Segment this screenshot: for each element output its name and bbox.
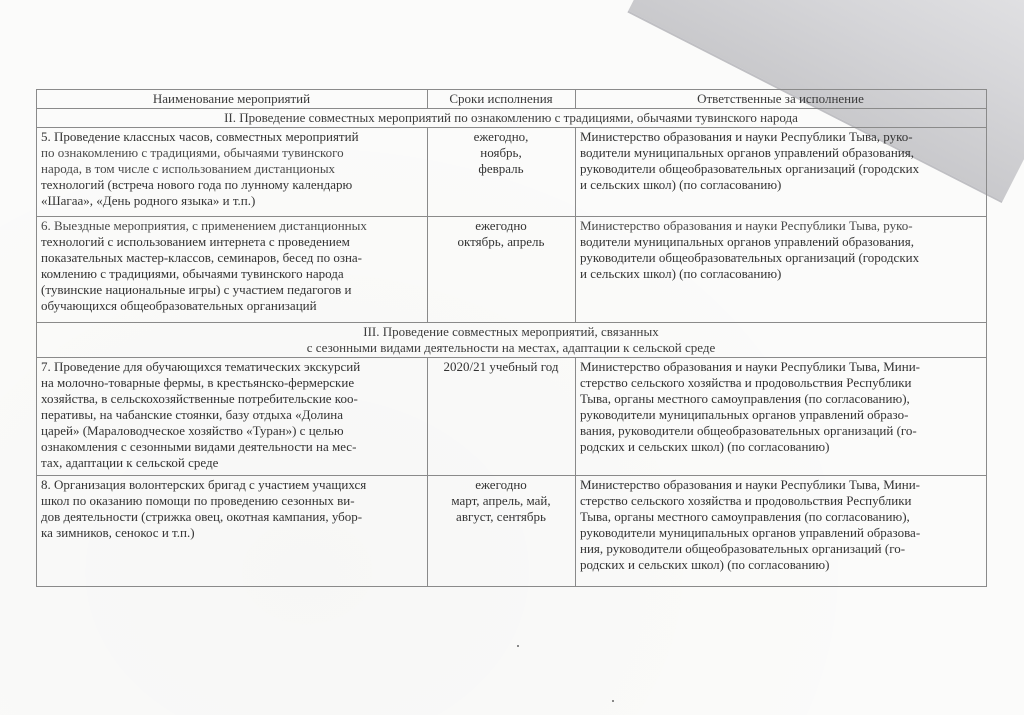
table-row: 7. Проведение для обучающихся тематическ… <box>37 358 987 476</box>
section-row-iii: III. Проведение совместных мероприятий, … <box>37 323 987 358</box>
header-deadline: Сроки исполнения <box>428 90 576 109</box>
text-line: обучающихся общеобразовательных организа… <box>41 298 422 314</box>
text-line: хозяйства, в сельскохозяйственные потреб… <box>41 391 422 407</box>
text-line: тах, адаптации к сельской среде <box>41 455 422 471</box>
event-name-cell: 5. Проведение классных часов, совместных… <box>37 128 428 217</box>
text-line: вания, руководители общеобразовательных … <box>580 423 981 439</box>
text-line: ежегодно <box>432 218 570 234</box>
text-line: и сельских школ) (по согласованию) <box>580 266 981 282</box>
text-line: март, апрель, май, <box>432 493 570 509</box>
deadline-cell: ежегодно, ноябрь, февраль <box>428 128 576 217</box>
text-line: 7. Проведение для обучающихся тематическ… <box>41 359 422 375</box>
text-line: руководители муниципальных органов управ… <box>580 407 981 423</box>
text-line: Министерство образования и науки Республ… <box>580 129 981 145</box>
text-line: народа, в том числе с использованием дис… <box>41 161 422 177</box>
text-line: октябрь, апрель <box>432 234 570 250</box>
text-line: ноябрь, <box>432 145 570 161</box>
text-line: 8. Организация волонтерских бригад с уча… <box>41 477 422 493</box>
text-line: царей» (Мараловодческое хозяйство «Туран… <box>41 423 422 439</box>
text-line: перативы, на чабанские стоянки, базу отд… <box>41 407 422 423</box>
text-line: водители муниципальных органов управлени… <box>580 234 981 250</box>
section-title-ii: II. Проведение совместных мероприятий по… <box>37 109 987 128</box>
event-name-cell: 6. Выездные мероприятия, с применением д… <box>37 217 428 323</box>
text-line: (тувинские национальные игры) с участием… <box>41 282 422 298</box>
section-title-iii: III. Проведение совместных мероприятий, … <box>37 323 987 358</box>
text-line: технологий (встреча нового года по лунно… <box>41 177 422 193</box>
event-name-cell: 8. Организация волонтерских бригад с уча… <box>37 476 428 587</box>
text-line: 6. Выездные мероприятия, с применением д… <box>41 218 422 234</box>
header-responsible: Ответственные за исполнение <box>576 90 987 109</box>
text-line: родских и сельских школ) (по согласовани… <box>580 557 981 573</box>
section-title-line: II. Проведение совместных мероприятий по… <box>41 110 981 126</box>
text-line: ка зимников, сенокос и т.п.) <box>41 525 422 541</box>
responsible-cell: Министерство образования и науки Республ… <box>576 358 987 476</box>
deadline-cell: ежегодно март, апрель, май, август, сент… <box>428 476 576 587</box>
text-line: и сельских школ) (по согласованию) <box>580 177 981 193</box>
text-line: 5. Проведение классных часов, совместных… <box>41 129 422 145</box>
text-line: Тыва, органы местного самоуправления (по… <box>580 391 981 407</box>
section-title-line: III. Проведение совместных мероприятий, … <box>41 324 981 340</box>
text-line: родских и сельских школ) (по согласовани… <box>580 439 981 455</box>
text-line: ежегодно <box>432 477 570 493</box>
text-line: ознакомления с сезонными видами деятельн… <box>41 439 422 455</box>
responsible-cell: Министерство образования и науки Республ… <box>576 128 987 217</box>
event-name-cell: 7. Проведение для обучающихся тематическ… <box>37 358 428 476</box>
text-line: технологий с использованием интернета с … <box>41 234 422 250</box>
text-line: водители муниципальных органов управлени… <box>580 145 981 161</box>
section-row-ii: II. Проведение совместных мероприятий по… <box>37 109 987 128</box>
text-line: 2020/21 учебный год <box>432 359 570 375</box>
responsible-cell: Министерство образования и науки Республ… <box>576 476 987 587</box>
text-line: ния, руководители общеобразовательных ор… <box>580 541 981 557</box>
text-line: стерство сельского хозяйства и продоволь… <box>580 493 981 509</box>
deadline-cell: 2020/21 учебный год <box>428 358 576 476</box>
text-line: ежегодно, <box>432 129 570 145</box>
text-line: Министерство образования и науки Республ… <box>580 359 981 375</box>
text-line: показательных мастер-классов, семинаров,… <box>41 250 422 266</box>
text-line: «Шагаа», «День родного языка» и т.п.) <box>41 193 422 209</box>
text-line: по ознакомлению с традициями, обычаями т… <box>41 145 422 161</box>
table-row: 6. Выездные мероприятия, с применением д… <box>37 217 987 323</box>
section-title-line: с сезонными видами деятельности на места… <box>41 340 981 356</box>
text-line: руководители общеобразовательных организ… <box>580 250 981 266</box>
text-line: Министерство образования и науки Республ… <box>580 218 981 234</box>
scan-speck <box>517 645 519 647</box>
text-line: август, сентябрь <box>432 509 570 525</box>
text-line: стерство сельского хозяйства и продоволь… <box>580 375 981 391</box>
text-line: февраль <box>432 161 570 177</box>
text-line: дов деятельности (стрижка овец, окотная … <box>41 509 422 525</box>
responsible-cell: Министерство образования и науки Республ… <box>576 217 987 323</box>
text-line: комлению с традициями, обычаями тувинско… <box>41 266 422 282</box>
text-line: школ по оказанию помощи по проведению се… <box>41 493 422 509</box>
table-header-row: Наименование мероприятий Сроки исполнени… <box>37 90 987 109</box>
text-line: руководители муниципальных органов управ… <box>580 525 981 541</box>
scan-speck <box>612 700 614 702</box>
text-line: Министерство образования и науки Республ… <box>580 477 981 493</box>
text-line: Тыва, органы местного самоуправления (по… <box>580 509 981 525</box>
text-line: на молочно-товарные фермы, в крестьянско… <box>41 375 422 391</box>
events-plan-table: Наименование мероприятий Сроки исполнени… <box>36 89 987 587</box>
table-row: 5. Проведение классных часов, совместных… <box>37 128 987 217</box>
deadline-cell: ежегодно октябрь, апрель <box>428 217 576 323</box>
header-event-name: Наименование мероприятий <box>37 90 428 109</box>
text-line: руководители общеобразовательных организ… <box>580 161 981 177</box>
table-row: 8. Организация волонтерских бригад с уча… <box>37 476 987 587</box>
